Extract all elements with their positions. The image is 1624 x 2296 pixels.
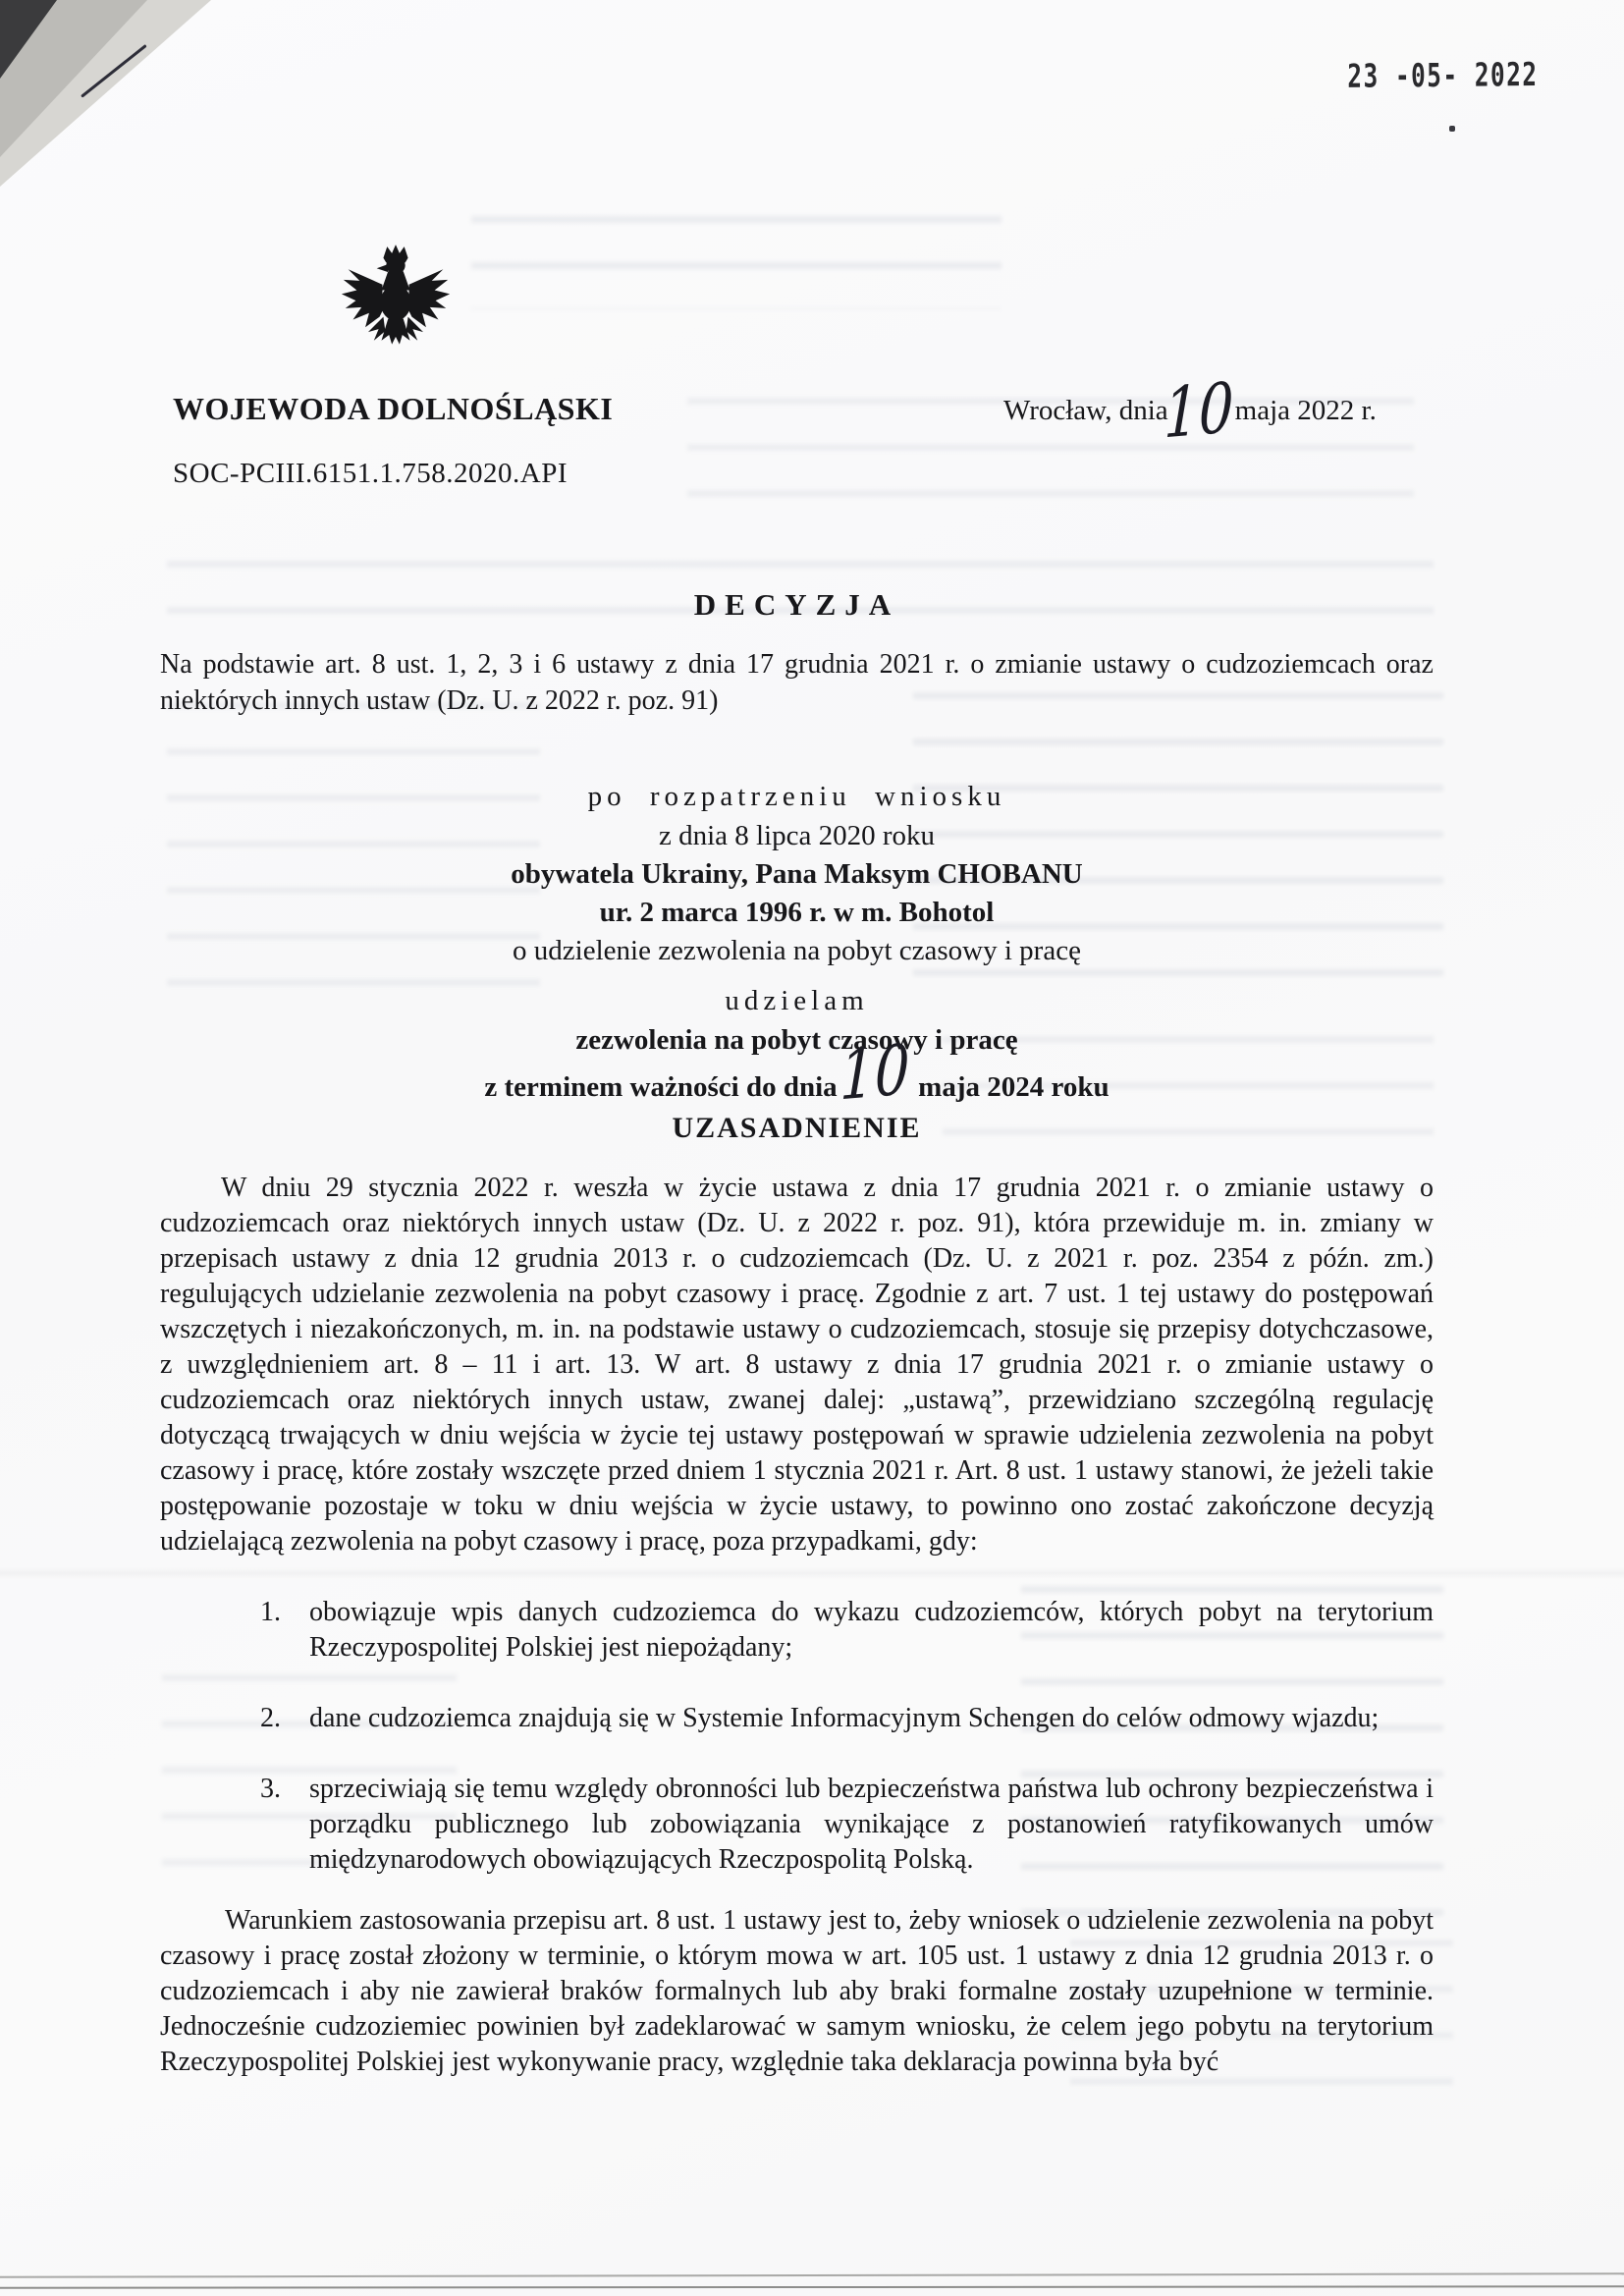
- paper-crease: [0, 1567, 1624, 1579]
- case-number: SOC-PCIII.6151.1.758.2020.API: [173, 458, 568, 490]
- list-item: 3. sprzeciwiają się temu względy obronno…: [160, 1772, 1434, 1878]
- validity-prefix: z terminem ważności do dnia: [484, 1071, 837, 1103]
- date-received-stamp: 23 -05- 2022: [1347, 55, 1538, 95]
- date-suffix: maja 2022 r.: [1235, 395, 1377, 427]
- justification-paragraph-1: W dniu 29 stycznia 2022 r. weszła w życi…: [160, 1171, 1434, 1559]
- exception-list: 1. obowiązuje wpis danych cudzoziemca do…: [160, 1595, 1434, 1913]
- justification-paragraph-2: Warunkiem zastosowania przepisu art. 8 u…: [160, 1903, 1434, 2080]
- place-date-label: Wrocław, dnia: [1003, 395, 1168, 427]
- handwritten-day-slot: 10: [844, 1061, 911, 1096]
- list-item: 2. dane cudzoziemca znajdują się w Syste…: [160, 1701, 1434, 1736]
- list-item-text: obowiązuje wpis danych cudzoziemca do wy…: [309, 1595, 1434, 1666]
- list-item-text: sprzeciwiają się temu względy obronności…: [309, 1772, 1434, 1878]
- validity-suffix: maja 2024 roku: [918, 1071, 1109, 1103]
- list-item-number: 3.: [260, 1772, 309, 1878]
- handwritten-day-numeral: 10: [839, 1035, 910, 1111]
- scanned-page: 23 -05- 2022: [0, 0, 1624, 2296]
- justification-heading: UZASADNIENIE: [160, 1112, 1434, 1145]
- handwritten-day-slot: 10: [1168, 395, 1235, 430]
- authority-name: WOJEWODA DOLNOŚLĄSKI: [173, 391, 613, 427]
- bleedthrough-text-artifact: [471, 201, 1001, 309]
- after-review-line: po rozpatrzeniu wniosku: [160, 778, 1434, 815]
- validity-line: z terminem ważności do dnia 10 maja 2024…: [160, 1061, 1434, 1106]
- handwritten-day-numeral: 10: [1163, 373, 1233, 449]
- list-item: 1. obowiązuje wpis danych cudzoziemca do…: [160, 1595, 1434, 1666]
- scanned-decision-screenshot: { "icons": { "emblem": "polish-eagle-cro…: [0, 0, 1624, 2296]
- legal-basis-paragraph: Na podstawie art. 8 ust. 1, 2, 3 i 6 ust…: [160, 646, 1434, 719]
- state-eagle-emblem-icon: [339, 239, 453, 372]
- list-item-number: 1.: [260, 1595, 309, 1666]
- birth-line: ur. 2 marca 1996 r. w m. Bohotol: [160, 894, 1434, 931]
- decision-title: DECYZJA: [160, 587, 1434, 623]
- scan-edge-line: [0, 2285, 1624, 2288]
- grant-verb-line: udzielam: [160, 982, 1434, 1019]
- subject-line: o udzielenie zezwolenia na pobyt czasowy…: [160, 932, 1434, 969]
- grant-object-line: zezwolenia na pobyt czasowy i pracę: [160, 1021, 1434, 1059]
- place-and-date-line: Wrocław, dnia 10 maja 2022 r.: [1003, 395, 1377, 430]
- list-item-number: 2.: [260, 1701, 309, 1736]
- scan-edge-line: [0, 2272, 1624, 2277]
- applicant-line: obywatela Ukrainy, Pana Maksym CHOBANU: [160, 855, 1434, 893]
- application-date-line: z dnia 8 lipca 2020 roku: [160, 817, 1434, 854]
- list-item-text: dane cudzoziemca znajdują się w Systemie…: [309, 1701, 1434, 1736]
- stamp-dot-artifact: [1449, 126, 1455, 132]
